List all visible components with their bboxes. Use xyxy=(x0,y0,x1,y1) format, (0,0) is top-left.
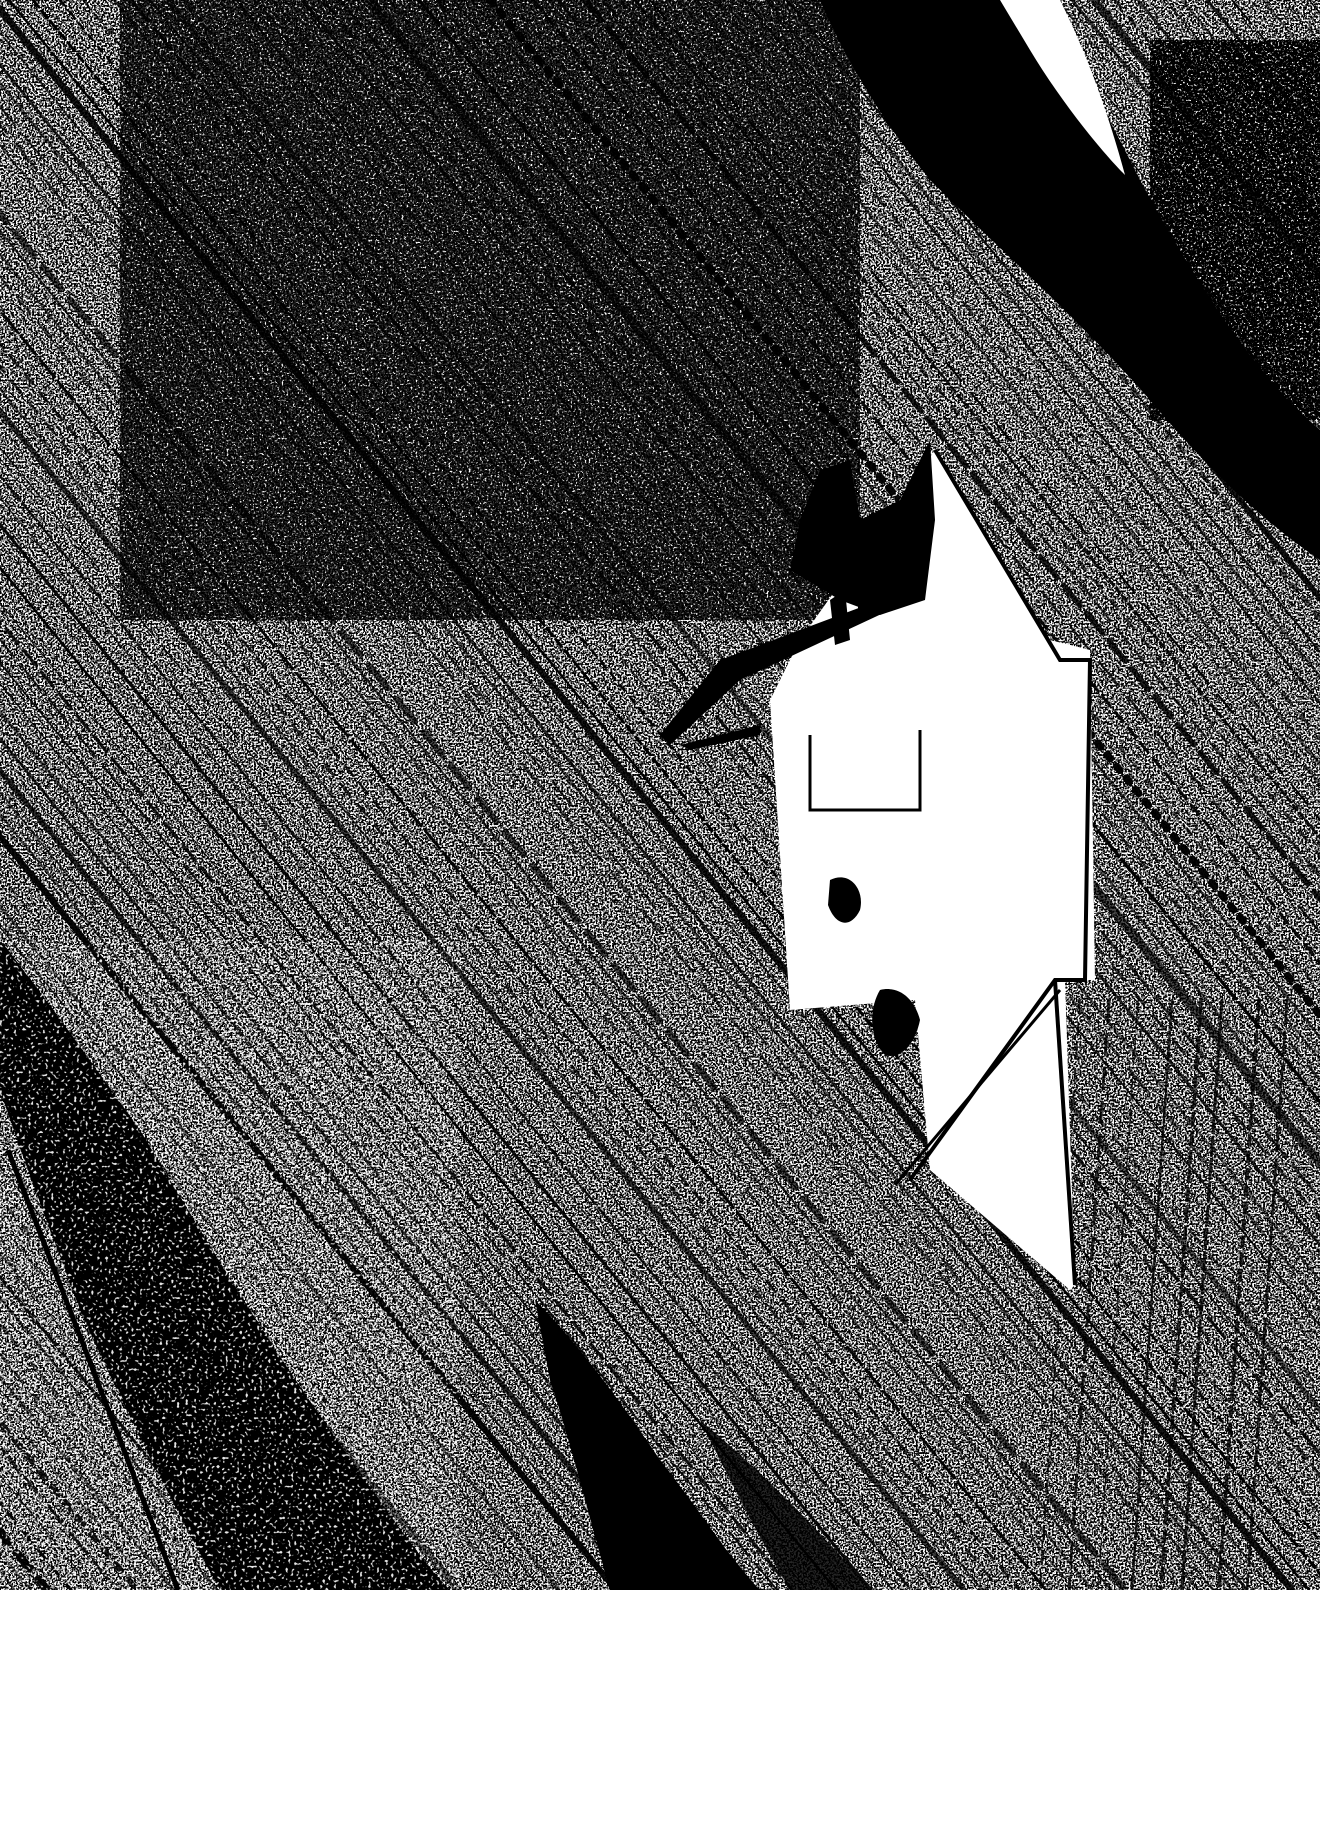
aerial-photo-canvas xyxy=(0,0,1320,1590)
aerial-photo: High-contrast thresholded aerial photo o… xyxy=(0,0,1320,1590)
dark-tree-belt-bottom-left xyxy=(0,940,460,1590)
blank-bottom-margin xyxy=(0,1590,1320,1833)
